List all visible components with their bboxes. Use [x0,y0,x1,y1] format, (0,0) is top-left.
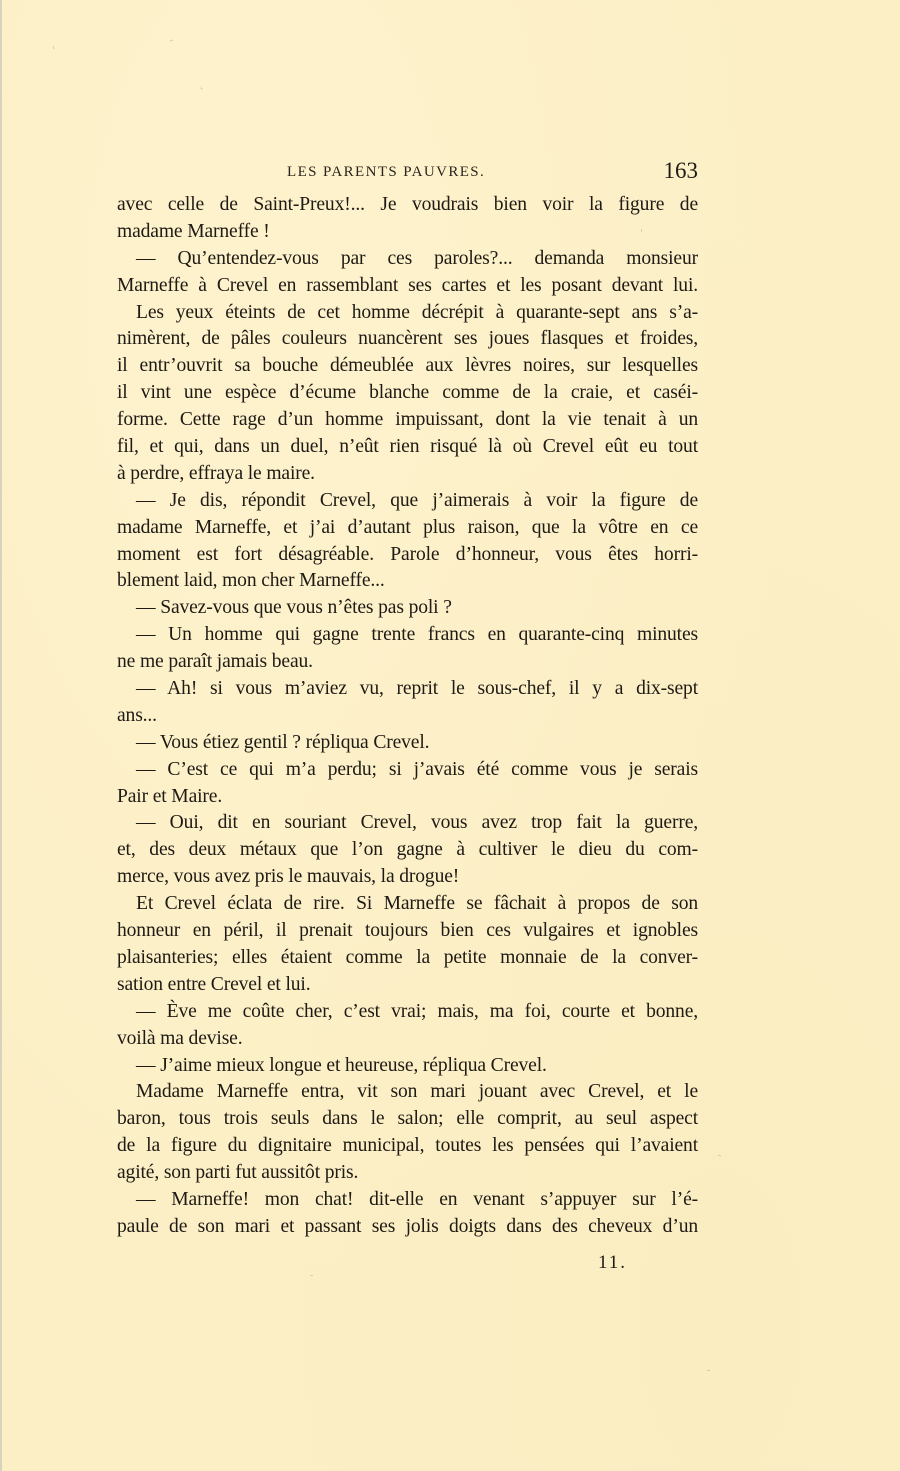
paper-speck [718,1155,721,1157]
paper-speck [310,1275,313,1276]
text-line: Les yeux éteints de cet homme décrépit à… [117,300,698,327]
running-title: LES PARENTS PAUVRES. [287,164,485,181]
text-line: à perdre, effraya le maire. [117,461,698,488]
text-line: Pair et Maire. [117,784,698,811]
text-line: — Oui, dit en souriant Crevel, vous avez… [117,810,698,837]
text-line: — J’aime mieux longue et heureuse, répli… [117,1053,698,1080]
paper-speck [53,46,55,49]
text-line: merce, vous avez pris le mauvais, la dro… [117,864,698,891]
text-line: nimèrent, de pâles couleurs nuancèrent s… [117,326,698,353]
page-number: 163 [664,158,699,184]
text-line: il entr’ouvrit sa bouche démeublée aux l… [117,353,698,380]
text-line: plaisanteries; elles étaient comme la pe… [117,945,698,972]
running-head: LES PARENTS PAUVRES. 163 [117,158,698,188]
text-line: — Vous étiez gentil ? répliqua Crevel. [117,730,698,757]
text-line: — Qu’entendez-vous par ces paroles?... d… [117,246,698,273]
body-text: avec celle de Saint-Preux!... Je voudrai… [117,192,698,1241]
text-line: ans... [117,703,698,730]
text-line: agité, son parti fut aussitôt pris. [117,1160,698,1187]
text-line: forme. Cette rage d’un homme impuissant,… [117,407,698,434]
text-line: et, des deux métaux que l’on gagne à cul… [117,837,698,864]
text-line: fil, et qui, dans un duel, n’eût rien ri… [117,434,698,461]
text-line: — Ève me coûte cher, c’est vrai; mais, m… [117,999,698,1026]
text-line: — Je dis, répondit Crevel, que j’aimerai… [117,488,698,515]
text-line: madame Marneffe, et j’ai d’autant plus r… [117,515,698,542]
paper-speck [170,40,173,42]
text-line: — Un homme qui gagne trente francs en qu… [117,622,698,649]
text-line: paule de son mari et passant ses jolis d… [117,1214,698,1241]
text-line: honneur en péril, il prenait toujours bi… [117,918,698,945]
text-line: Madame Marneffe entra, vit son mari joua… [117,1079,698,1106]
page-left-edge [0,0,2,1471]
text-line: Marneffe à Crevel en rassemblant ses car… [117,273,698,300]
text-line: — Ah! si vous m’aviez vu, reprit le sous… [117,676,698,703]
paper-speck [200,87,203,89]
text-line: avec celle de Saint-Preux!... Je voudrai… [117,192,698,219]
text-line: madame Marneffe ! [117,219,698,246]
book-page: LES PARENTS PAUVRES. 163 avec celle de S… [0,0,900,1471]
text-line: Et Crevel éclata de rire. Si Marneffe se… [117,891,698,918]
text-line: baron, tous trois seuls dans le salon; e… [117,1106,698,1133]
text-line: sation entre Crevel et lui. [117,972,698,999]
text-line: ne me paraît jamais beau. [117,649,698,676]
text-line: voilà ma devise. [117,1026,698,1053]
text-line: il vint une espèce d’écume blanche comme… [117,380,698,407]
signature-mark: 11. [598,1252,627,1274]
text-line: — C’est ce qui m’a perdu; si j’avais été… [117,757,698,784]
text-line: moment est fort désagréable. Parole d’ho… [117,542,698,569]
text-line: blement laid, mon cher Marneffe... [117,568,698,595]
text-line: — Savez-vous que vous n’êtes pas poli ? [117,595,698,622]
text-line: — Marneffe! mon chat! dit-elle en venant… [117,1187,698,1214]
paper-speck [707,1370,710,1371]
text-line: de la figure du dignitaire municipal, to… [117,1133,698,1160]
